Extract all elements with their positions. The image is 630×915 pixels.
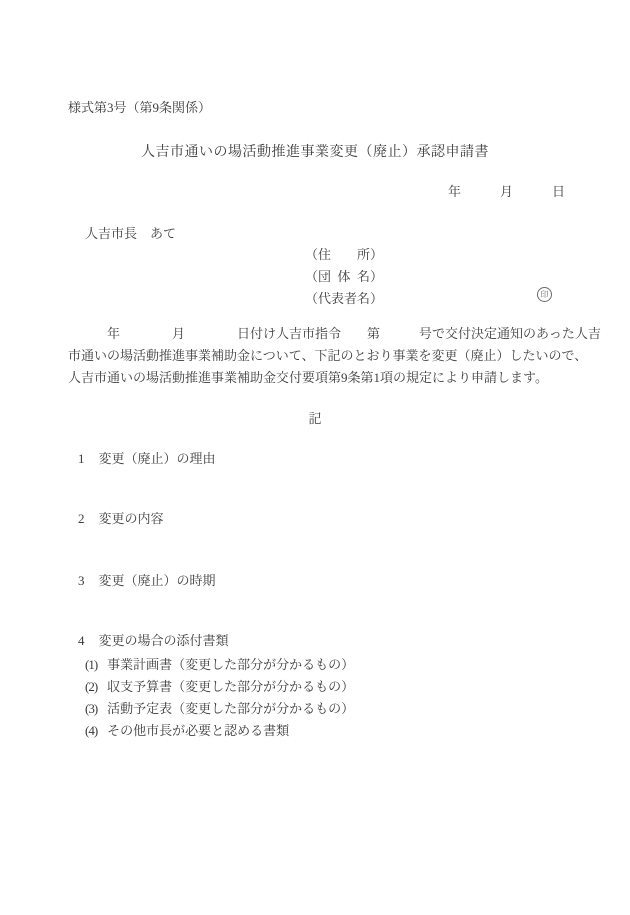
paren-open: （	[305, 269, 318, 284]
list-item-attachments: 4変更の場合の添付書類	[78, 630, 229, 649]
organization-field: （団体名）	[305, 266, 383, 288]
attachment-number: (4)	[85, 723, 97, 739]
list-item-content: 2変更の内容	[78, 508, 164, 527]
paren-close: ）	[370, 247, 383, 262]
paren-open: （	[305, 291, 318, 306]
paren-close: ）	[370, 291, 383, 306]
attachment-number: (2)	[85, 679, 97, 695]
item-text: 変更（廃止）の理由	[99, 451, 216, 466]
item-number: 4	[78, 633, 85, 649]
attachment-item-activity-schedule: (3)活動予定表（変更した部分が分かるもの）	[85, 698, 354, 717]
address-field-label: 住所	[318, 244, 370, 266]
attachment-text: 収支予算書（変更した部分が分かるもの）	[107, 679, 354, 694]
attachment-item-other-documents: (4)その他市長が必要と認める書類	[85, 720, 289, 739]
item-number: 2	[78, 511, 85, 527]
recipient-line: 人吉市長 あて	[85, 223, 176, 242]
representative-field: （代表者名）	[305, 288, 383, 310]
item-number: 3	[78, 573, 85, 589]
representative-field-label: 代表者名	[318, 288, 370, 310]
attachment-number: (3)	[85, 701, 97, 717]
attachment-text: その他市長が必要と認める書類	[107, 723, 289, 738]
ki-marker: 記	[0, 408, 630, 427]
item-number: 1	[78, 451, 85, 467]
form-number: 様式第3号（第9条関係）	[68, 97, 211, 116]
date-line: 年 月 日	[448, 181, 565, 200]
organization-field-label: 団体名	[318, 266, 370, 288]
list-item-reason: 1変更（廃止）の理由	[78, 448, 216, 467]
application-form-page: 様式第3号（第9条関係） 人吉市通いの場活動推進事業変更（廃止）承認申請書 年 …	[0, 0, 630, 915]
body-paragraph: 年 月 日付け人吉市指令 第 号で交付決定通知のあった人吉 市通いの場活動推進事…	[68, 323, 601, 389]
body-line: 人吉市通いの場活動推進事業補助金交付要項第9条第1項の規定により申請します。	[68, 367, 601, 389]
paren-open: （	[305, 247, 318, 262]
paren-close: ）	[370, 269, 383, 284]
seal-icon: 印	[537, 287, 552, 302]
attachment-number: (1)	[85, 657, 97, 673]
attachment-text: 事業計画書（変更した部分が分かるもの）	[107, 657, 354, 672]
body-line: 年 月 日付け人吉市指令 第 号で交付決定通知のあった人吉	[68, 323, 601, 345]
address-field: （住所）	[305, 244, 383, 266]
item-text: 変更（廃止）の時期	[99, 573, 216, 588]
item-text: 変更の場合の添付書類	[99, 633, 229, 648]
item-text: 変更の内容	[99, 511, 164, 526]
attachment-item-budget: (2)収支予算書（変更した部分が分かるもの）	[85, 676, 354, 695]
applicant-block: （住所） （団体名） （代表者名）	[305, 244, 383, 310]
body-line: 市通いの場活動推進事業補助金について、下記のとおり事業を変更（廃止）したいので、	[68, 345, 601, 367]
attachment-item-business-plan: (1)事業計画書（変更した部分が分かるもの）	[85, 654, 354, 673]
page-title: 人吉市通いの場活動推進事業変更（廃止）承認申請書	[0, 141, 630, 161]
attachment-text: 活動予定表（変更した部分が分かるもの）	[107, 701, 354, 716]
list-item-timing: 3変更（廃止）の時期	[78, 570, 216, 589]
